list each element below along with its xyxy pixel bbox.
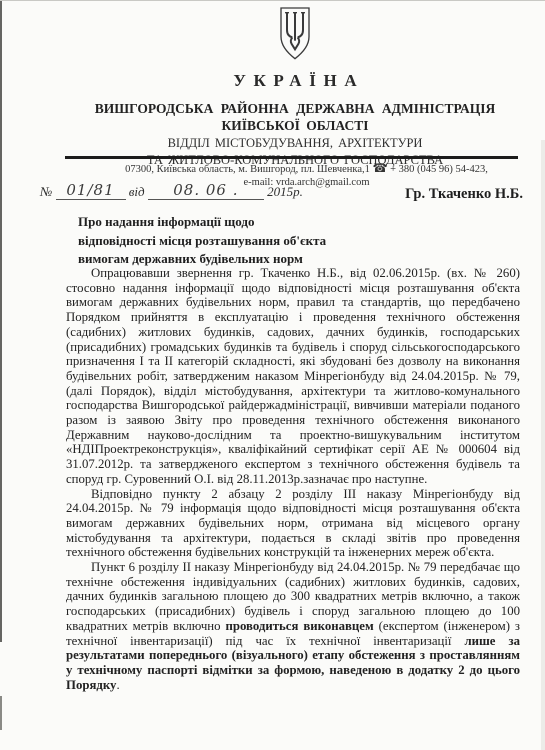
ref-number-handwritten: 01/81 — [66, 181, 114, 199]
letterhead-divider-rule — [65, 156, 518, 159]
ref-date-handwritten: 08. 06 . — [173, 181, 238, 199]
ref-number-underline: 01/81 — [56, 181, 126, 200]
ref-number-label: № — [40, 184, 52, 199]
scan-edge-right — [541, 140, 545, 750]
subject-line: Про надання інформації щодо — [78, 213, 326, 232]
telephone-icon: ☎ — [373, 161, 388, 175]
scan-edge-top — [0, 0, 545, 1]
body-paragraph-1: Опрацювавши звернення гр. Ткаченко Н.Б.,… — [66, 266, 520, 487]
phone-number: + 380 (045 96) 54-423, — [390, 164, 488, 175]
scan-edge-left-lower — [0, 696, 2, 730]
body-paragraph-2: Відповідно пункту 2 абзацу 2 розділу III… — [66, 487, 520, 561]
coat-of-arms-trident-icon — [275, 6, 315, 67]
letter-body: Опрацювавши звернення гр. Ткаченко Н.Б.,… — [66, 266, 520, 692]
postal-address: 07300, Київська область, м. Вишгород, пл… — [125, 164, 370, 175]
subject-line: відповідності місця розташування об'єкта — [78, 232, 326, 251]
country-title: УКРАЇНА — [45, 71, 545, 91]
department-line1: ВІДДІЛ МІСТОБУДУВАННЯ, АРХІТЕКТУРИ — [45, 136, 545, 151]
ref-date-underline: 08. 06 . — [148, 181, 264, 200]
subject-block: Про надання інформації щодо відповідност… — [78, 213, 326, 269]
organization-name-line2: КИЇВСЬКОЇ ОБЛАСТІ — [45, 118, 545, 134]
reference-line: № 01/81 від 08. 06 . 2015р. — [40, 181, 303, 200]
organization-name-line1: ВИШГОРОДСЬКА РАЙОННА ДЕРЖАВНА АДМІНІСТРА… — [45, 101, 545, 117]
postal-address-line: 07300, Київська область, м. Вишгород, пл… — [80, 161, 533, 176]
addressee: Гр. Ткаченко Н.Б. — [405, 186, 523, 203]
ref-from-label: від — [129, 184, 145, 199]
scan-edge-left — [0, 0, 2, 642]
body-paragraph-3: Пункт 6 розділу II наказу Мінрегіонбуду … — [66, 560, 520, 692]
scanned-letter-page: { "letterhead": { "country": "УКРАЇНА", … — [0, 0, 545, 750]
ref-year: 2015р. — [267, 184, 303, 199]
letterhead: УКРАЇНА ВИШГОРОДСЬКА РАЙОННА ДЕРЖАВНА АД… — [45, 6, 545, 168]
